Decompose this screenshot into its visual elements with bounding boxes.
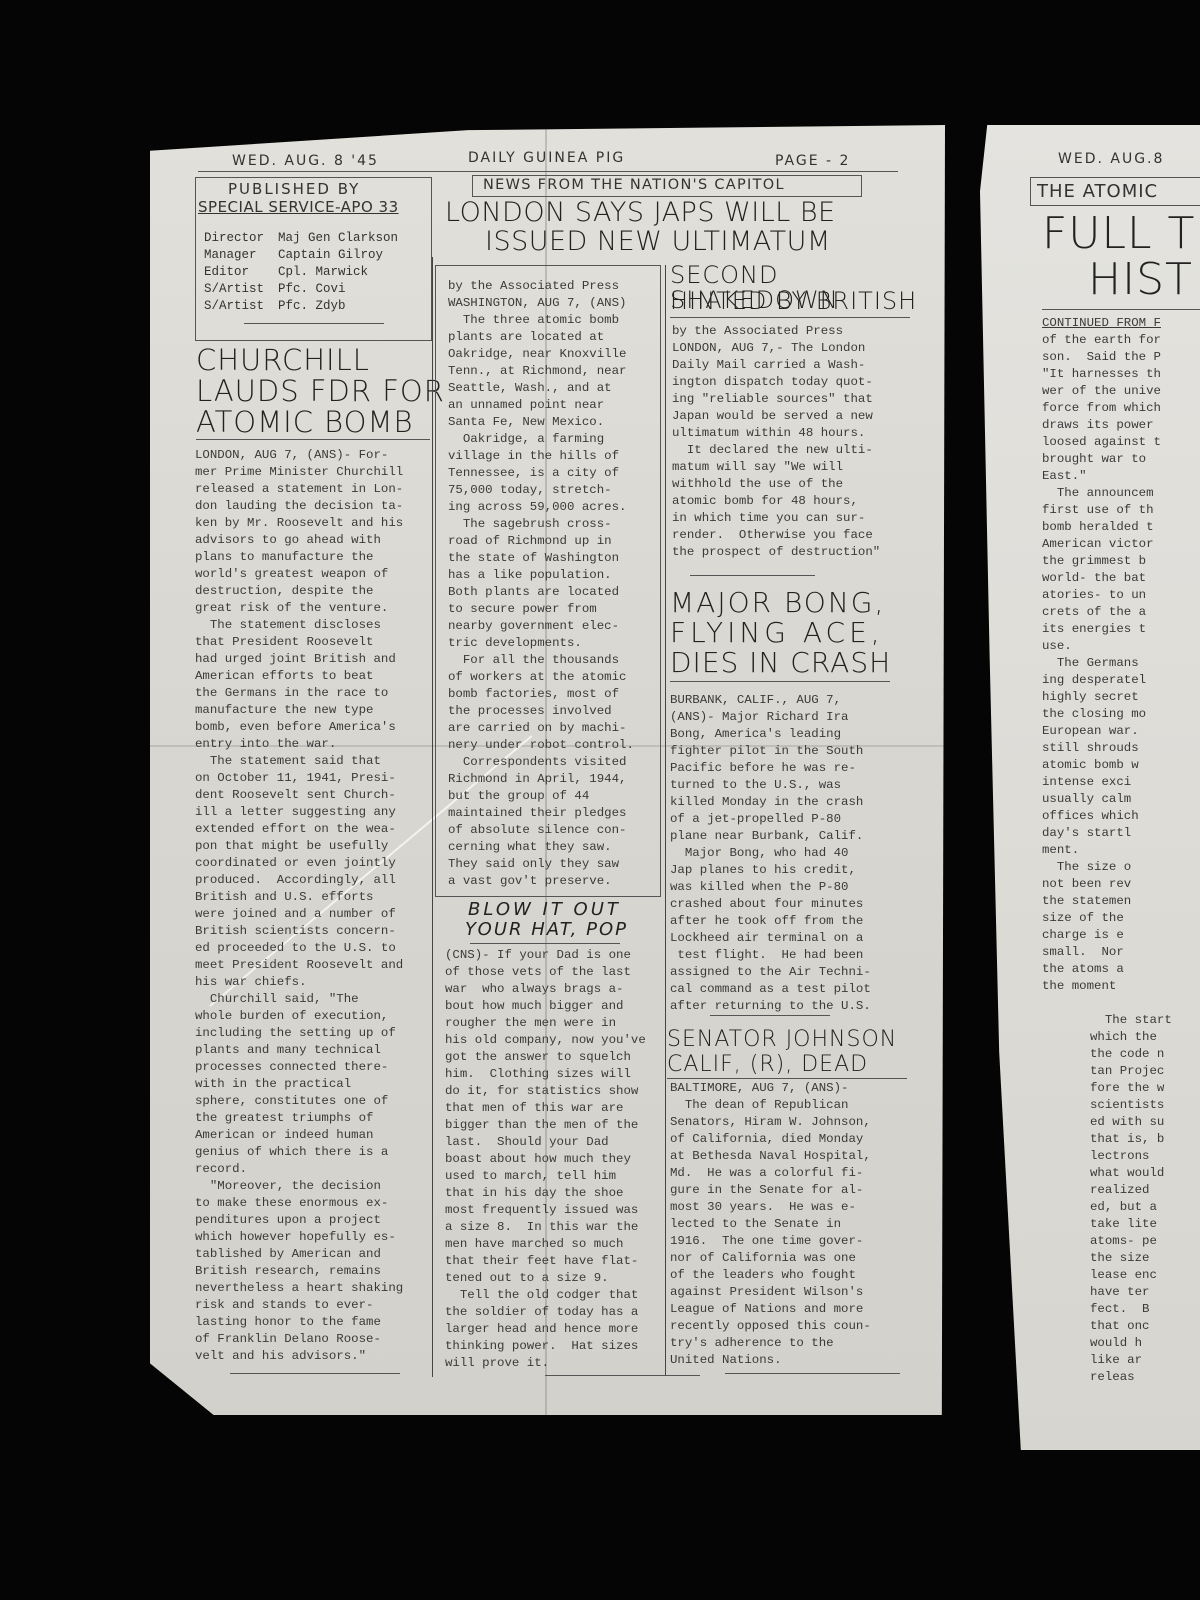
staff-role: Director	[204, 230, 278, 247]
publisher-line1: PUBLISHED BY	[228, 180, 360, 198]
masthead-page-number: PAGE - 2	[775, 153, 850, 169]
staff-row: EditorCpl. Marwick	[204, 264, 398, 281]
staff-list: DirectorMaj Gen Clarkson ManagerCaptain …	[204, 230, 398, 315]
side-article-body-2: The start which the the code n tan Proje…	[1090, 1012, 1172, 1386]
churchill-headline-2: LAUDS FDR FOR	[196, 376, 445, 406]
column-rule-2	[665, 265, 666, 1375]
staff-row: S/ArtistPfc. Zdyb	[204, 298, 398, 315]
staff-name: Captain Gilroy	[278, 247, 383, 264]
side-article-body: of the earth for son. Said the P "It har…	[1042, 332, 1161, 995]
side-banner: THE ATOMIC	[1037, 181, 1158, 202]
publisher-box: PUBLISHED BY SPECIAL SERVICE-APO 33 Dire…	[195, 177, 432, 341]
masthead-rule	[198, 171, 898, 172]
atomic-plants-body: by the Associated Press WASHINGTON, AUG …	[448, 278, 634, 890]
staff-row: DirectorMaj Gen Clarkson	[204, 230, 398, 247]
staff-row: S/ArtistPfc. Covi	[204, 281, 398, 298]
shakedown-article-body: by the Associated Press LONDON, AUG 7,- …	[672, 323, 880, 561]
section-banner: NEWS FROM THE NATION'S CAPITOL	[483, 177, 785, 193]
lead-headline-line1: LONDON SAYS JAPS WILL BE	[445, 199, 836, 227]
bong-headline-3: DIES IN CRASH	[670, 648, 891, 677]
hat-article-body: (CNS)- If your Dad is one of those vets …	[445, 947, 646, 1372]
staff-name: Pfc. Zdyb	[278, 298, 346, 315]
johnson-headline-2: CALIF, (R), DEAD	[667, 1053, 868, 1076]
bong-headline-1: MAJOR BONG,	[670, 588, 885, 617]
hat-headline-rule	[470, 943, 620, 944]
side-headline-rule	[1042, 309, 1200, 310]
churchill-headline-1: CHURCHILL	[196, 345, 370, 375]
johnson-end-rule	[725, 1373, 900, 1374]
side-continued-label: CONTINUED FROM F	[1042, 315, 1161, 332]
shakedown-headline-2: HINTED BY BRITISH	[670, 289, 917, 314]
lead-headline-line2: ISSUED NEW ULTIMATUM	[485, 228, 831, 256]
churchill-article-body: LONDON, AUG 7, (ANS)- For- mer Prime Min…	[195, 447, 403, 1365]
adjacent-page-partial: WED. AUG.8 THE ATOMIC FULL T HIST CONTIN…	[980, 125, 1200, 1450]
staff-role: Manager	[204, 247, 278, 264]
newspaper-page-2: WED. AUG. 8 '45 DAILY GUINEA PIG PAGE - …	[150, 125, 945, 1415]
side-banner-box: THE ATOMIC	[1030, 177, 1200, 206]
column-rule-1	[432, 257, 433, 1377]
staff-name: Cpl. Marwick	[278, 264, 368, 281]
bong-headline-rule	[670, 681, 890, 682]
staff-name: Maj Gen Clarkson	[278, 230, 398, 247]
side-date: WED. AUG.8	[1058, 151, 1164, 167]
churchill-end-rule	[230, 1373, 400, 1374]
churchill-headline-3: ATOMIC BOMB	[196, 407, 413, 437]
shakedown-headline-rule	[670, 317, 910, 318]
bong-end-rule	[710, 1015, 830, 1016]
section-banner-box: NEWS FROM THE NATION'S CAPITOL	[472, 175, 862, 197]
staff-row: ManagerCaptain Gilroy	[204, 247, 398, 264]
staff-role: Editor	[204, 264, 278, 281]
bong-headline-2: FLYING ACE,	[670, 618, 884, 647]
hat-headline-1: BLOW IT OUT	[468, 901, 621, 920]
side-headline-2: HIST	[1088, 257, 1193, 303]
masthead-paper-name: DAILY GUINEA PIG	[468, 150, 625, 166]
bong-article-body: BURBANK, CALIF., AUG 7, (ANS)- Major Ric…	[670, 692, 871, 1015]
publisher-line2: SPECIAL SERVICE-APO 33	[198, 198, 399, 216]
staff-name: Pfc. Covi	[278, 281, 346, 298]
johnson-article-body: BALTIMORE, AUG 7, (ANS)- The dean of Rep…	[670, 1080, 871, 1369]
side-headline-1: FULL T	[1042, 211, 1195, 257]
staff-role: S/Artist	[204, 281, 278, 298]
masthead-date: WED. AUG. 8 '45	[232, 153, 379, 169]
johnson-headline-1: SENATOR JOHNSON	[667, 1028, 897, 1051]
hat-end-rule	[545, 1375, 700, 1376]
shakedown-end-rule	[690, 575, 815, 576]
hat-headline-2: YOUR HAT, POP	[465, 921, 628, 940]
churchill-headline-rule	[196, 439, 430, 440]
johnson-headline-rule	[667, 1078, 907, 1079]
staff-rule	[244, 323, 384, 324]
staff-role: S/Artist	[204, 298, 278, 315]
